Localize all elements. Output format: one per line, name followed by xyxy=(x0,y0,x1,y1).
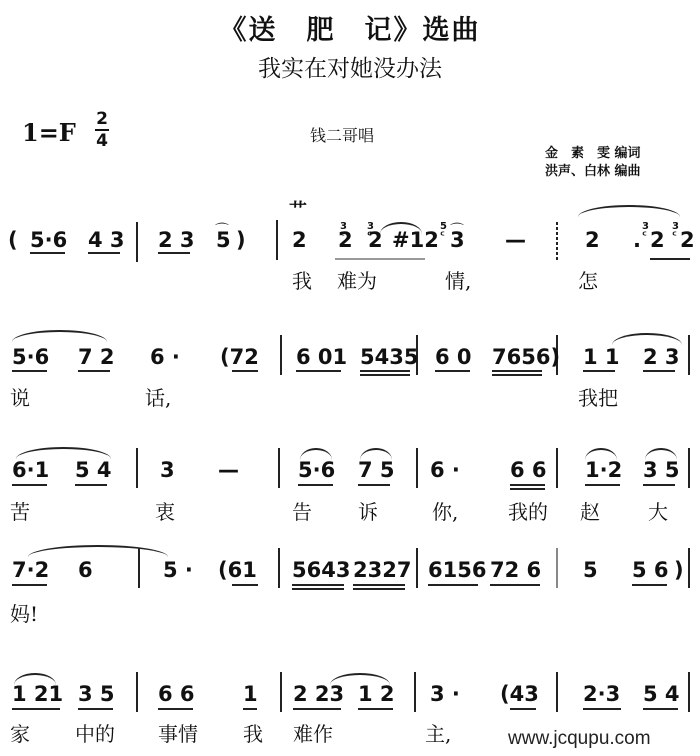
note: 3 xyxy=(450,228,465,252)
underline xyxy=(510,484,545,486)
note: 1 xyxy=(243,682,258,706)
barline xyxy=(416,448,418,488)
lyric: 妈! xyxy=(10,598,38,627)
lyric: 难为 xyxy=(337,265,377,294)
lyric: 诉 xyxy=(358,496,378,525)
note: ) xyxy=(236,228,246,252)
note: 2·3 xyxy=(583,682,620,706)
grace-note: 3ᑦ xyxy=(672,222,679,242)
underline xyxy=(492,374,542,376)
note: 1 2 xyxy=(358,682,395,706)
time-signature-bottom: 4 xyxy=(96,131,108,151)
underline xyxy=(75,484,107,486)
barline xyxy=(278,548,280,588)
sanban-mark: 艹 xyxy=(289,196,307,222)
lyric: 苦 xyxy=(10,496,30,525)
underline xyxy=(643,708,678,710)
underline xyxy=(88,252,120,254)
note: 1·2 xyxy=(585,458,622,482)
barline xyxy=(416,548,418,588)
underline xyxy=(158,708,193,710)
lyric: 情, xyxy=(445,265,471,294)
lyricist-credit: 金 素 雯 编词 xyxy=(545,145,641,163)
time-signature: 2 4 xyxy=(95,110,109,150)
barline xyxy=(280,335,282,375)
note: 3 5 xyxy=(643,458,680,482)
note: (43 xyxy=(500,682,539,706)
note: 6156 xyxy=(428,558,486,582)
note: 5·6 xyxy=(12,345,49,369)
lyric: 主, xyxy=(425,718,451,747)
lyric: 难作 xyxy=(293,718,333,747)
note: 7·2 xyxy=(12,558,49,582)
note: 6 0 xyxy=(435,345,472,369)
note: 6·1 xyxy=(12,458,49,482)
note: 5643 xyxy=(292,558,350,582)
underline xyxy=(650,258,690,260)
note: 5·6 xyxy=(298,458,335,482)
underline xyxy=(243,708,257,710)
underline xyxy=(585,484,620,486)
composer-credit: 洪声、白林 编曲 xyxy=(545,163,641,181)
note: 2 xyxy=(650,228,665,252)
note: 2 xyxy=(680,228,695,252)
underline xyxy=(643,484,675,486)
watermark: www.jcqupu.com xyxy=(508,728,651,750)
lyric: 我 xyxy=(292,265,312,294)
lyric: 我 xyxy=(243,718,263,747)
underline xyxy=(78,370,110,372)
note: — xyxy=(505,228,526,252)
dashed-barline xyxy=(556,222,558,262)
note: 6 6 xyxy=(158,682,195,706)
note: 5 6 xyxy=(632,558,669,582)
note: 5435 xyxy=(360,345,418,369)
underline xyxy=(510,708,536,710)
barline xyxy=(688,448,690,488)
note: 6 · xyxy=(150,345,180,369)
underline xyxy=(353,584,405,586)
note: 5 · xyxy=(163,558,193,582)
lyric: 中的 xyxy=(75,718,115,747)
underline xyxy=(510,488,545,490)
barline xyxy=(280,672,282,712)
note: 1 21 xyxy=(12,682,63,706)
note: (61 xyxy=(218,558,257,582)
barline xyxy=(688,672,690,712)
note: 6 01 xyxy=(296,345,347,369)
barline xyxy=(278,448,280,488)
underline xyxy=(12,370,47,372)
note: 2 xyxy=(368,228,383,252)
lyric: 说 xyxy=(10,382,30,411)
song-subtitle: 我实在对她没办法 xyxy=(0,50,700,83)
note: 1 1 xyxy=(583,345,620,369)
underline xyxy=(358,708,393,710)
underline xyxy=(296,370,341,372)
slur xyxy=(612,333,682,345)
barline xyxy=(136,672,138,712)
lyric: 大 xyxy=(648,496,668,525)
note: — xyxy=(218,458,239,482)
barline xyxy=(136,448,138,488)
barline xyxy=(276,220,278,260)
lyric: 我把 xyxy=(578,382,618,411)
note: 6 6 xyxy=(510,458,547,482)
underline xyxy=(12,584,47,586)
underline xyxy=(78,708,113,710)
note: ) xyxy=(674,558,684,582)
underline xyxy=(583,370,615,372)
note: 7656) xyxy=(492,345,560,369)
underline xyxy=(353,588,405,590)
underline xyxy=(360,370,410,372)
grace-note: 5ᑦ xyxy=(440,222,447,242)
note: 7 5 xyxy=(358,458,395,482)
barline xyxy=(556,448,558,488)
note: #12 xyxy=(392,228,439,252)
barline xyxy=(414,672,416,712)
underline xyxy=(12,484,47,486)
underline xyxy=(30,252,65,254)
underline xyxy=(632,584,667,586)
note: ( xyxy=(8,228,18,252)
lyric: 你, xyxy=(432,496,458,525)
underline xyxy=(435,370,470,372)
note: 2 xyxy=(292,228,307,252)
note: 5 xyxy=(216,228,231,252)
credits: 金 素 雯 编词 洪声、白林 编曲 xyxy=(545,145,641,181)
lyric: 赵 xyxy=(580,496,600,525)
key-signature: 1=F xyxy=(22,118,76,147)
song-title: 《送 肥 记》选曲 xyxy=(0,8,700,47)
note: . xyxy=(633,228,641,252)
note: 5·6 xyxy=(30,228,67,252)
note: 2327 xyxy=(353,558,411,582)
note: 2 23 xyxy=(293,682,344,706)
barline xyxy=(556,672,558,712)
underline xyxy=(293,708,341,710)
note: 7 2 xyxy=(78,345,115,369)
note: 6 · xyxy=(430,458,460,482)
underline xyxy=(492,370,542,372)
slur xyxy=(28,545,168,557)
barline xyxy=(688,548,690,588)
underline xyxy=(292,588,344,590)
underline xyxy=(298,484,333,486)
lyric: 衷 xyxy=(155,496,175,525)
barline xyxy=(556,548,558,588)
slur xyxy=(12,330,107,342)
note: 5 4 xyxy=(643,682,680,706)
slur xyxy=(578,205,680,217)
lyric: 怎 xyxy=(578,265,598,294)
note: 5 xyxy=(583,558,598,582)
time-signature-top: 2 xyxy=(96,109,108,129)
note: 3 · xyxy=(430,682,460,706)
underline xyxy=(490,584,540,586)
underline xyxy=(360,374,410,376)
note: (72 xyxy=(220,345,259,369)
note: 2 xyxy=(585,228,600,252)
lyric: 告 xyxy=(292,496,312,525)
barline xyxy=(136,222,138,262)
underline xyxy=(335,258,425,260)
underline xyxy=(643,370,675,372)
underline xyxy=(292,584,344,586)
note: 3 xyxy=(160,458,175,482)
underline xyxy=(583,708,621,710)
note: 2 xyxy=(338,228,353,252)
note: 3 5 xyxy=(78,682,115,706)
lyric: 家 xyxy=(10,718,30,747)
grace-note: 3ᑦ xyxy=(642,222,649,242)
note: 72 6 xyxy=(490,558,541,582)
underline xyxy=(232,584,258,586)
underline xyxy=(358,484,390,486)
lyric: 事情 xyxy=(158,718,198,747)
barline xyxy=(688,335,690,375)
underline xyxy=(232,370,258,372)
note: 2 3 xyxy=(643,345,680,369)
note: 2 3 xyxy=(158,228,195,252)
lyric: 话, xyxy=(145,382,171,411)
note: 6 xyxy=(78,558,93,582)
note: 5 4 xyxy=(75,458,112,482)
underline xyxy=(428,584,478,586)
underline xyxy=(12,708,60,710)
underline xyxy=(158,252,190,254)
note: 4 3 xyxy=(88,228,125,252)
lyric: 我的 xyxy=(508,496,548,525)
singer-label: 钱二哥唱 xyxy=(310,123,374,146)
